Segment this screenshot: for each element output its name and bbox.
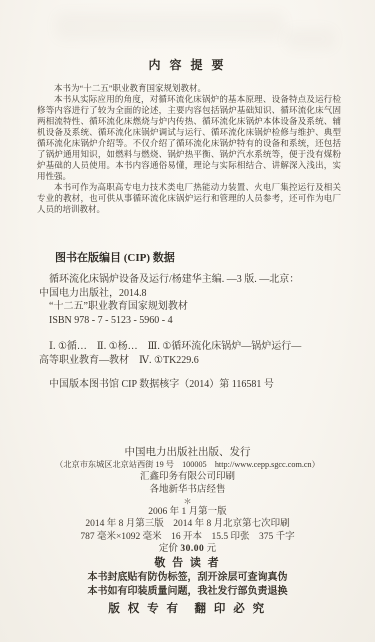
cip-heading: 图书在版编目 (CIP) 数据 — [55, 249, 175, 265]
page-showthrough-smudge — [55, 12, 285, 40]
reader-notice-body: 本书封底贴有防伪标签，刮开涂层可查询真伪 本书如有印装质量问题，我社发行部负责退… — [0, 571, 375, 598]
book-copyright-page: 内 容 提 要 本书为“十二五”职业教育国家规划教材。 本书从实际应用的角度，对… — [0, 0, 375, 642]
cip-title-line: 循环流化床锅炉设备及运行/杨建华主编. —3 版. —北京： — [39, 273, 341, 287]
cip-publisher-line: 中国电力出版社，2014.8 — [39, 287, 341, 301]
cip-record-line: 中国版本图书馆 CIP 数据核字（2014）第 116581 号 — [39, 378, 341, 392]
summary-paragraph-2: 本书从实际应用的角度，对循环流化床锅炉的基本原理、设备特点及运行检修等内容进行了… — [37, 94, 341, 182]
summary-heading: 内 容 提 要 — [0, 56, 375, 73]
price-unit: 元 — [207, 544, 217, 554]
cip-series-line: “十二五”职业教育国家规划教材 — [39, 300, 341, 314]
cip-isbn-line: ISBN 978 - 7 - 5123 - 5960 - 4 — [39, 314, 341, 328]
summary-paragraph-1: 本书为“十二五”职业教育国家规划教材。 — [37, 83, 341, 94]
imprint-current-edition-line: 2014 年 8 月第三版 2014 年 8 月北京第七次印刷 — [0, 518, 375, 530]
notice-line-antifake: 本书封底贴有防伪标签，刮开涂层可查询真伪 — [0, 571, 375, 585]
cip-classification: Ⅰ. ①循… Ⅱ. ①杨… Ⅲ. ①循环流化床锅炉—锅炉运行— 高等职业教育—教… — [39, 340, 341, 367]
copyright-statement: 版 权 专 有 翻 印 必 究 — [0, 600, 375, 616]
cip-class-line-2: 高等职业教育—教材 Ⅳ. ①TK229.6 — [39, 354, 341, 368]
summary-paragraph-3: 本书可作为高职高专电力技术类电厂热能动力装置、火电厂集控运行及相关专业的教材，也… — [37, 182, 341, 215]
reader-notice-heading: 敬 告 读 者 — [0, 554, 375, 570]
imprint-distributor-line: 各地新华书店经售 — [0, 484, 375, 497]
imprint-format-line: 787 毫米×1092 毫米 16 开本 15.5 印张 375 千字 — [0, 531, 375, 543]
imprint-first-edition-line: 2006 年 1 月第一版 — [0, 506, 375, 518]
imprint-printer-line: 汇鑫印务有限公司印刷 — [0, 471, 375, 484]
price-label: 定价 — [159, 544, 178, 554]
cip-record: 中国版本图书馆 CIP 数据核字（2014）第 116581 号 — [39, 378, 341, 392]
notice-line-returns: 本书如有印装质量问题，我社发行部负责退换 — [0, 585, 375, 599]
cip-entry: 循环流化床锅炉设备及运行/杨建华主编. —3 版. —北京： 中国电力出版社，2… — [39, 273, 341, 327]
imprint-block: 中国电力出版社出版、发行 （北京市东城区北京站西街 19 号 100005 ht… — [0, 446, 375, 555]
imprint-publisher-line: 中国电力出版社出版、发行 — [0, 446, 375, 459]
cip-class-line-1: Ⅰ. ①循… Ⅱ. ①杨… Ⅲ. ①循环流化床锅炉—锅炉运行— — [39, 340, 341, 354]
price-value: 30.00 — [180, 544, 204, 554]
imprint-address-line: （北京市东城区北京站西街 19 号 100005 http://www.cepp… — [0, 459, 375, 471]
page-showthrough-smudge — [285, 28, 335, 50]
imprint-separator-star: ＊ — [0, 497, 375, 506]
summary-body: 本书为“十二五”职业教育国家规划教材。 本书从实际应用的角度，对循环流化床锅炉的… — [37, 83, 341, 215]
